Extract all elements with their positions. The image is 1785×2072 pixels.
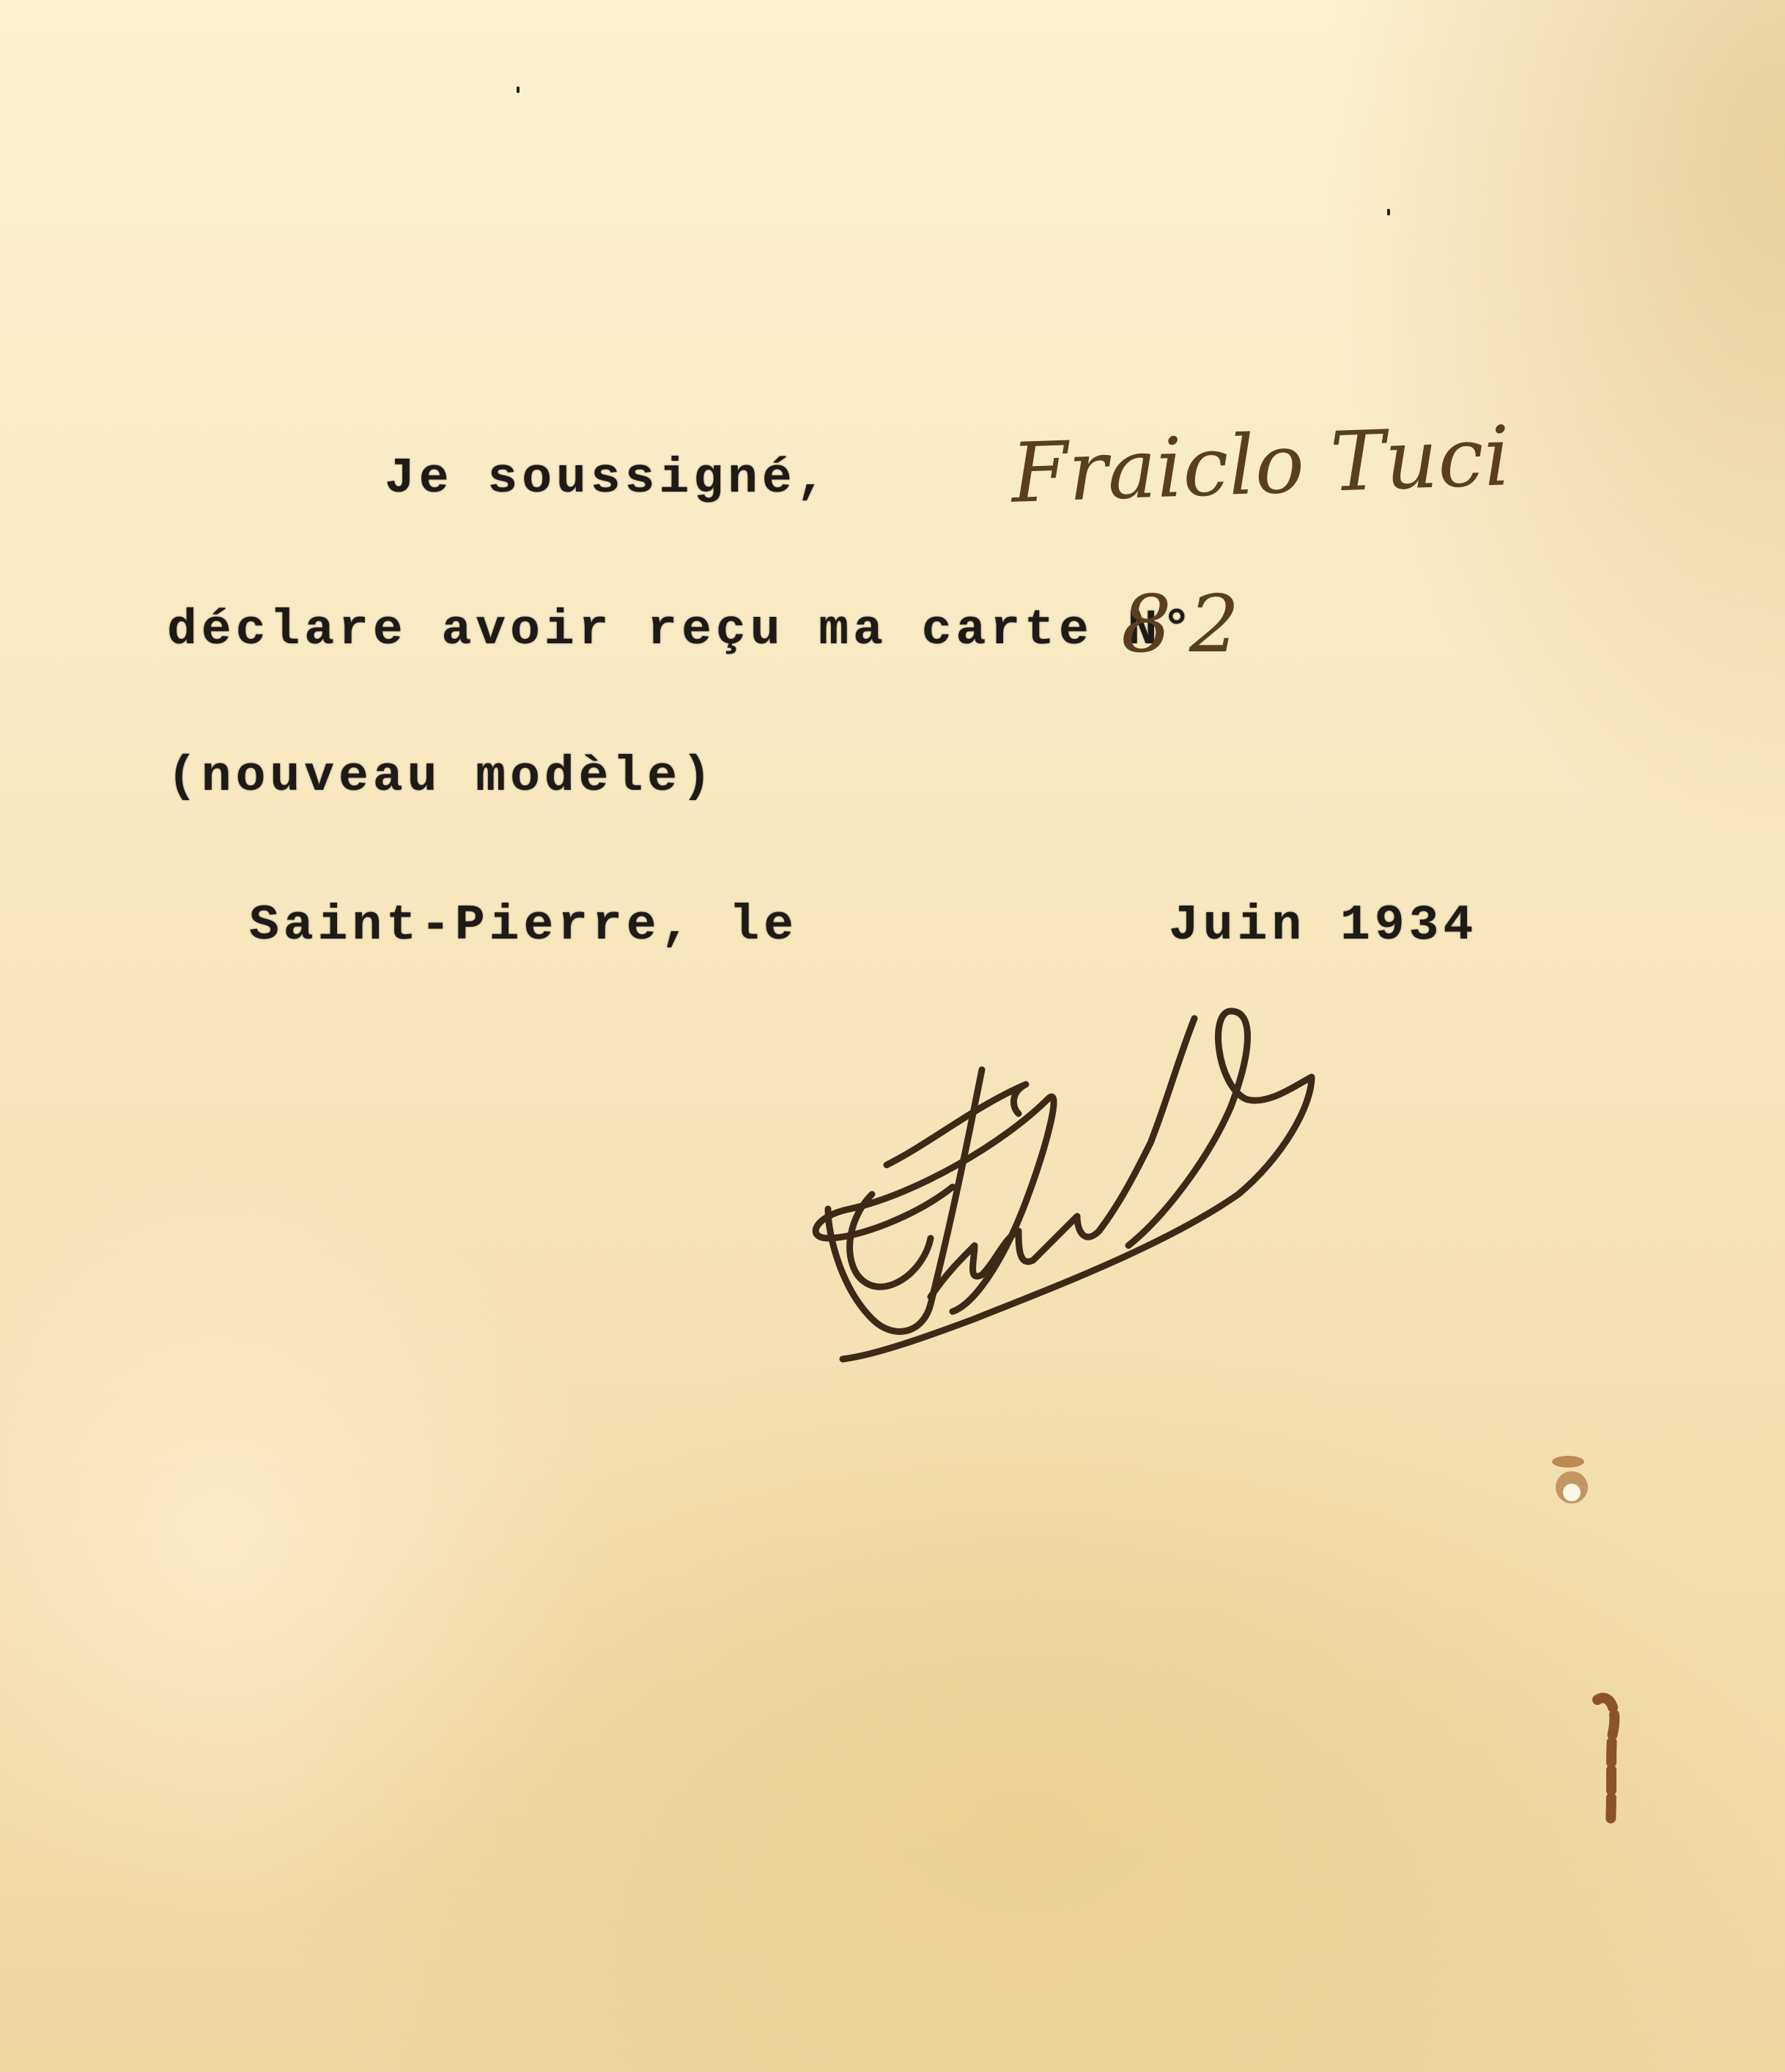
document-page: Je soussigné, Fraiclo Tuci déclare avoir… <box>0 0 1785 2072</box>
typed-line-1: Je soussigné, <box>385 451 831 507</box>
rust-stain-lower <box>1590 1692 1627 1832</box>
ink-speck <box>517 86 520 93</box>
signature <box>784 996 1370 1363</box>
handwritten-card-number: 82 <box>1121 579 1257 670</box>
typed-line-3: (nouveau modèle) <box>167 749 716 805</box>
handwritten-name: Fraiclo Tuci <box>1010 409 1512 522</box>
typed-place: Saint-Pierre, le <box>249 898 798 954</box>
typed-line-2: déclare avoir reçu ma carte N° <box>167 602 1196 659</box>
rust-stain-upper <box>1550 1454 1601 1513</box>
typed-date: Juin 1934 <box>1169 898 1477 954</box>
ink-speck <box>1387 209 1390 215</box>
